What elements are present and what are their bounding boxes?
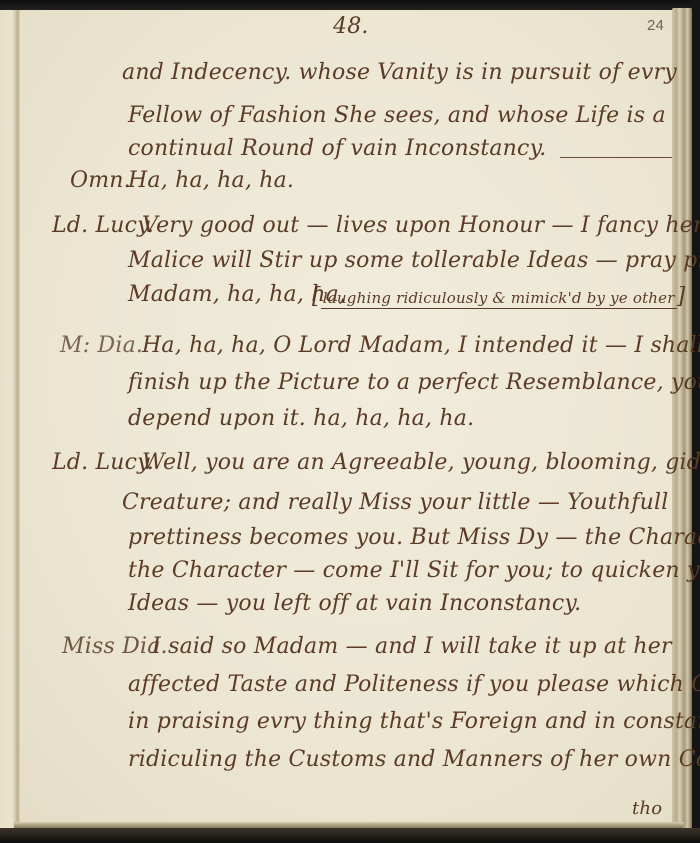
text-line: in praising evry thing that's Foreign an… <box>128 711 700 733</box>
text-line: I said so Madam — and I will take it up … <box>152 636 672 658</box>
text-line: Ha, ha, ha, O Lord Madam, I intended it … <box>142 335 700 357</box>
stage-direction-text: laughing ridiculously & mimick'd by ye o… <box>321 289 677 309</box>
text-line: Ha, ha, ha, ha. <box>128 170 294 192</box>
speaker-label: Omn. <box>70 170 131 192</box>
stage-direction: [laughing ridiculously & mimick'd by ye … <box>312 286 685 308</box>
speaker-label: Ld. Lucy. <box>52 215 154 237</box>
text-line: continual Round of vain Inconstancy. <box>128 138 546 160</box>
bracket-open: [ <box>312 284 321 309</box>
left-gutter <box>0 10 20 830</box>
text-line: Malice will Stir up some tollerable Idea… <box>128 250 700 272</box>
folio-number: 24 <box>647 18 664 33</box>
text-line: depend upon it. ha, ha, ha, ha. <box>128 408 474 430</box>
catchword: tho <box>632 800 662 818</box>
bottom-shadow <box>0 828 700 843</box>
line-filler-rule <box>560 157 672 158</box>
bracket-close: ] <box>677 284 686 309</box>
text-line: finish up the Picture to a perfect Resem… <box>128 372 700 394</box>
speaker-label: M: Dia. <box>60 335 143 357</box>
text-line: Creature; and really Miss your little — … <box>122 492 668 514</box>
text-line: Fellow of Fashion She sees, and whose Li… <box>128 105 666 127</box>
text-line: Very good out — lives upon Honour — I fa… <box>142 215 700 237</box>
text-line: the Character — come I'll Sit for you; t… <box>128 560 700 582</box>
text-line: Ideas — you left off at vain Inconstancy… <box>128 593 581 615</box>
speaker-label: Ld. Lucy. <box>52 452 154 474</box>
text-line: prettiness becomes you. But Miss Dy — th… <box>128 527 700 549</box>
text-line: affected Taste and Politeness if you ple… <box>128 674 700 696</box>
text-line: ridiculing the Customs and Manners of he… <box>128 749 700 771</box>
text-line: and Indecency. whose Vanity is in pursui… <box>122 62 677 84</box>
page-number: 48. <box>333 16 369 38</box>
text-line: Well, you are an Agreeable, young, bloom… <box>142 452 700 474</box>
